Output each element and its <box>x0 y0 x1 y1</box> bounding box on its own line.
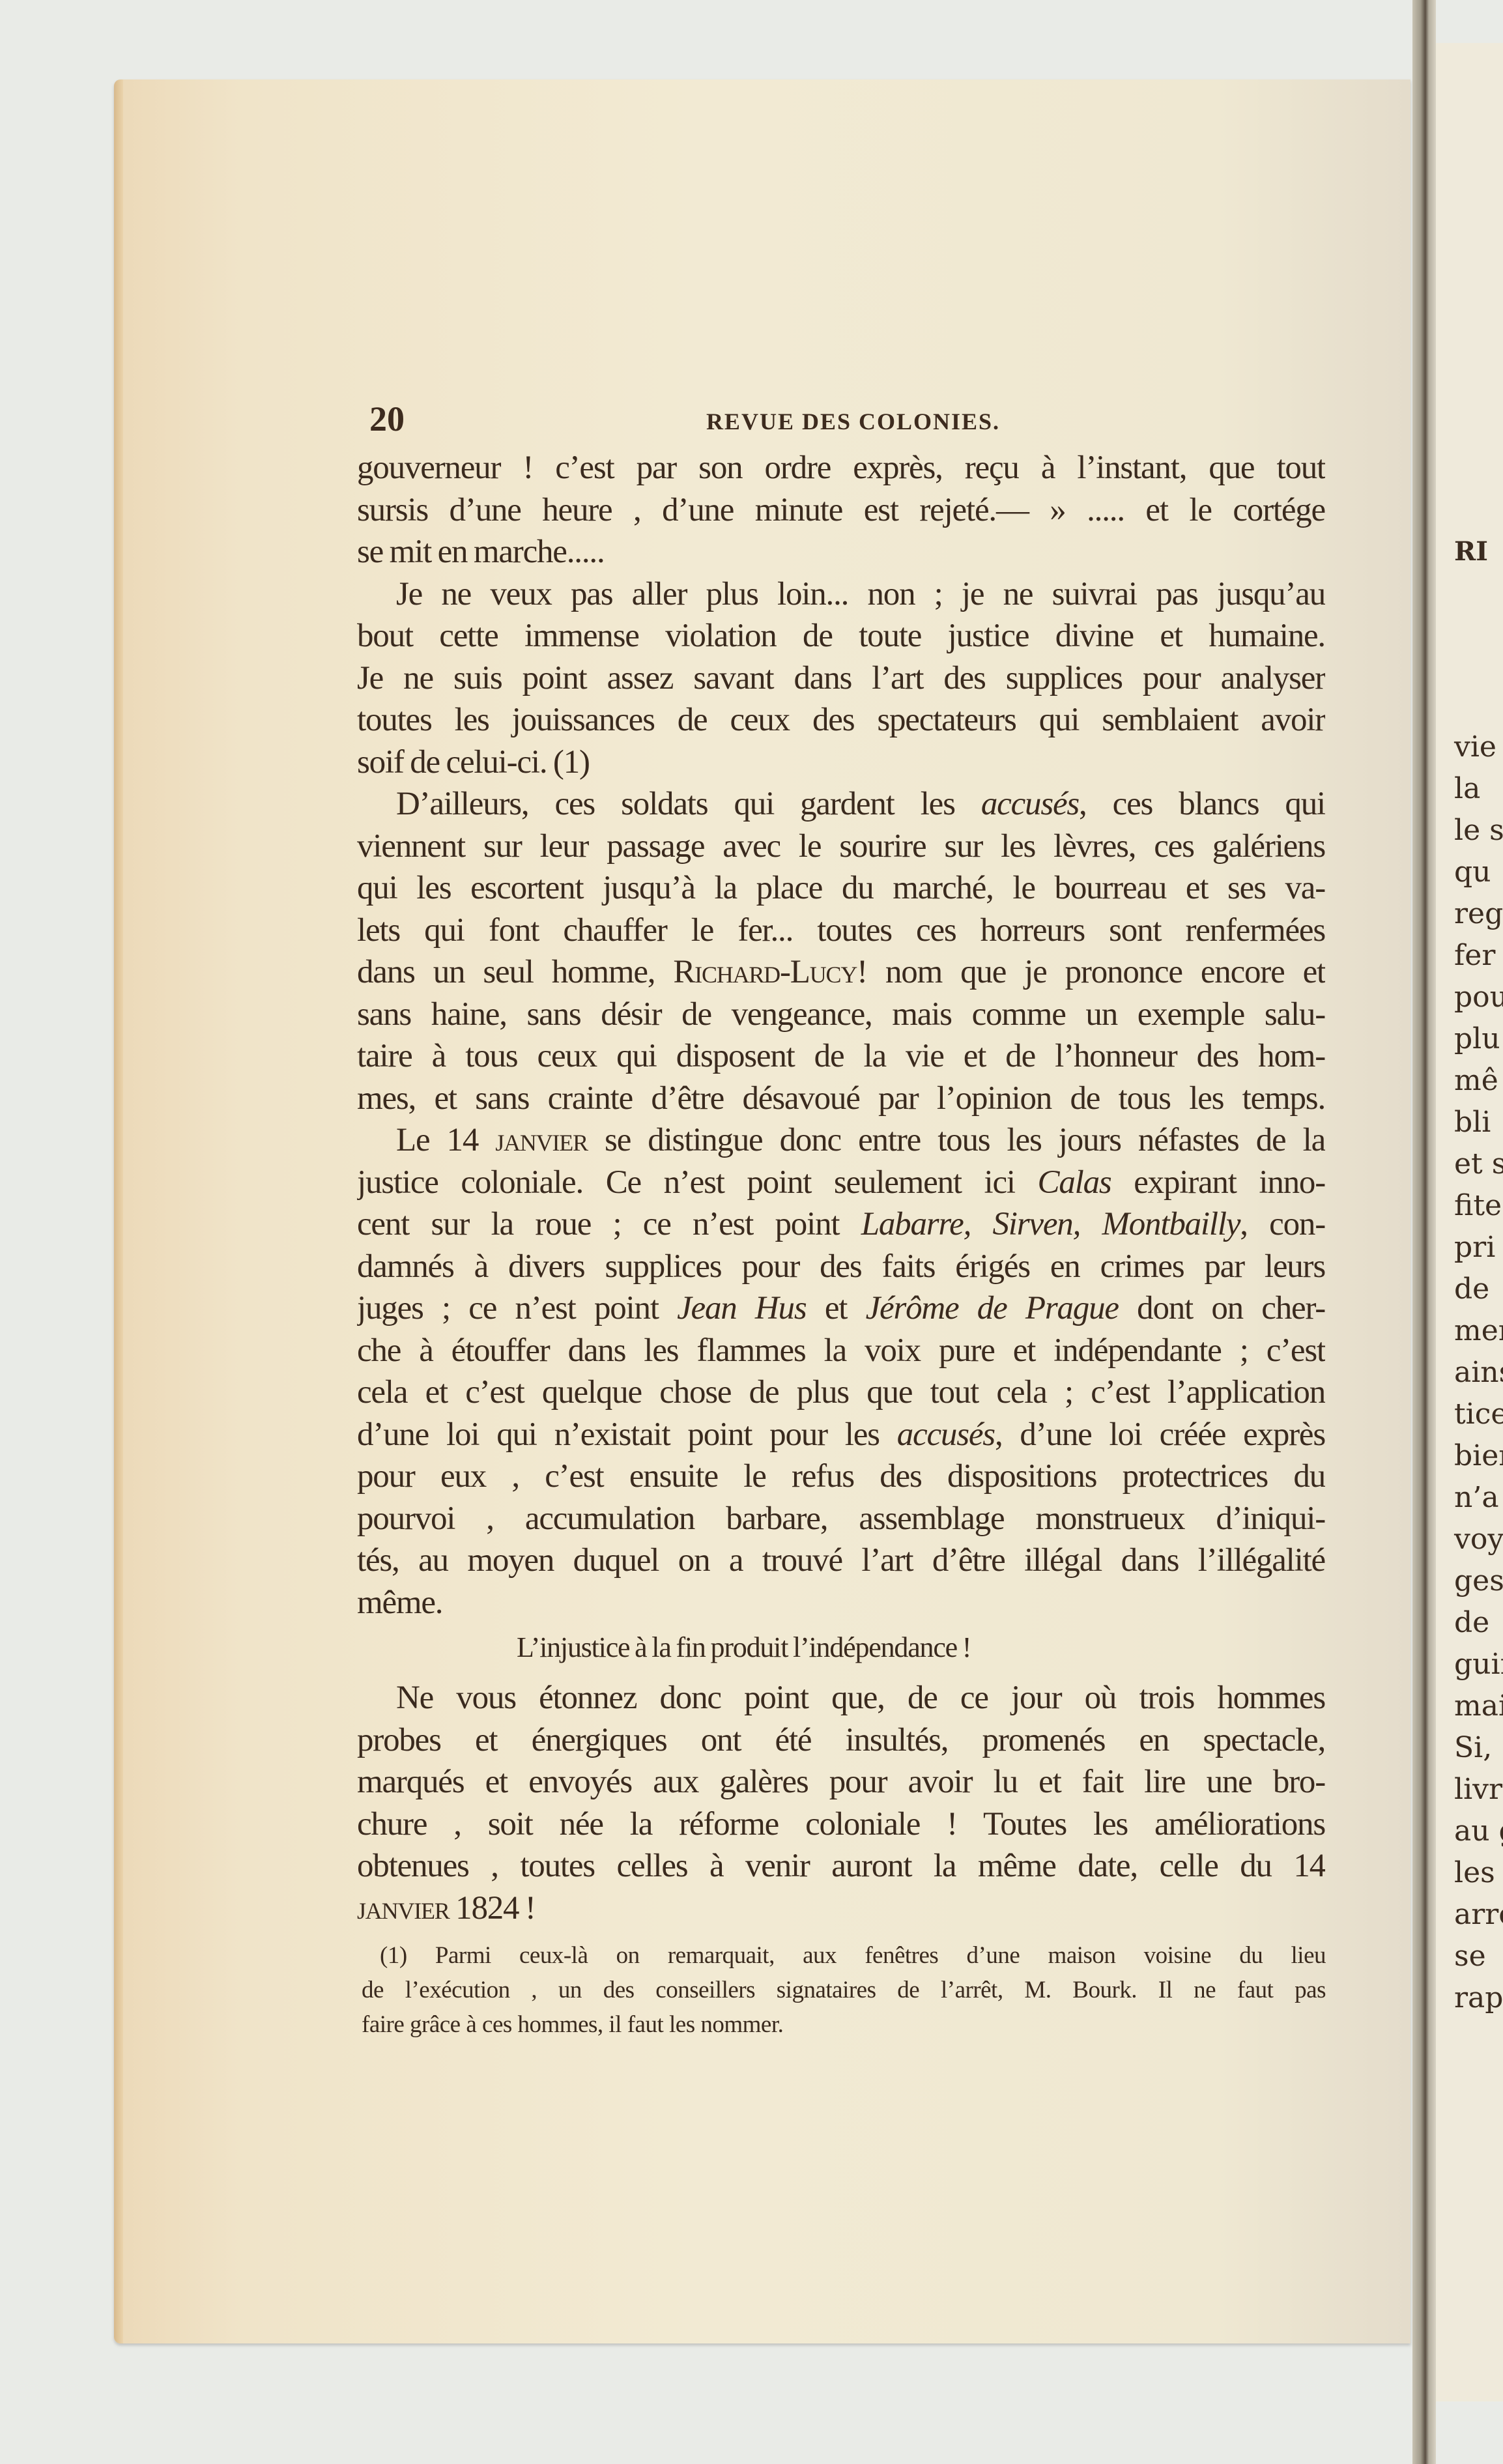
epigraph: L’injustice à la fin produit l’indépenda… <box>357 1624 1325 1672</box>
footnote-line: de l’exécution , un des conseillers sign… <box>362 1973 1326 2007</box>
right-page-line-fragment: fer <box>1454 935 1503 977</box>
page-header: 20 REVUE DES COLONIES. <box>369 399 1337 438</box>
text-line: obtenues , toutes celles à venir auront … <box>357 1845 1325 1887</box>
text-line: Je ne suis point assez savant dans l’art… <box>357 657 1325 700</box>
text-line: sans haine, sans désir de vengeance, mai… <box>357 994 1325 1036</box>
text-line: qui les escortent jusqu’à la place du ma… <box>357 867 1325 910</box>
text-line: bout cette immense violation de toute ju… <box>357 615 1325 657</box>
right-page-line-fragment: et s <box>1454 1143 1503 1185</box>
right-page-line-fragment: ges <box>1454 1560 1503 1602</box>
right-page-line-fragment: guin <box>1454 1644 1503 1685</box>
text-line: gouverneur ! c’est par son ordre exprès,… <box>357 447 1325 489</box>
footnote: (1) Parmi ceux-là on remarquait, aux fen… <box>362 1938 1326 2042</box>
right-page-line-fragment: pou <box>1454 977 1503 1018</box>
text-line: taire à tous ceux qui disposent de la vi… <box>357 1035 1325 1078</box>
right-page-line-fragment: la <box>1454 768 1503 810</box>
text-line: pour eux , c’est ensuite le refus des di… <box>357 1455 1325 1498</box>
right-page-line-fragment: fite <box>1454 1185 1503 1227</box>
right-page-line-fragment: bli <box>1454 1102 1503 1143</box>
text-line: damnés à divers supplices pour des faits… <box>357 1246 1325 1288</box>
text-line: probes et énergiques ont été insultés, p… <box>357 1719 1325 1762</box>
text-line: lets qui font chauffer le fer... toutes … <box>357 910 1325 952</box>
text-line: tés, au moyen duquel on a trouvé l’art d… <box>357 1540 1325 1582</box>
right-page-line-fragment: pri <box>1454 1227 1503 1268</box>
text-line: toutes les jouissances de ceux des spect… <box>357 699 1325 741</box>
right-page-line-fragment: rapp <box>1454 1977 1503 2019</box>
right-page-line-fragment: vie <box>1454 726 1503 768</box>
footnote-line: (1) Parmi ceux-là on remarquait, aux fen… <box>362 1938 1326 1973</box>
text-line: soif de celui-ci. (1) <box>357 741 1325 784</box>
right-page-line-fragment: plu <box>1454 1018 1503 1060</box>
text-line: pourvoi , accumulation barbare, assembla… <box>357 1498 1325 1540</box>
book-gutter <box>1412 0 1436 2464</box>
paragraph-start: Je ne veux pas aller plus loin... non ; … <box>357 573 1325 616</box>
main-text: gouverneur ! c’est par son ordre exprès,… <box>357 447 1325 1929</box>
right-page-line-fragment: tice <box>1454 1394 1503 1435</box>
text-line: dans un seul homme, Richard-Lucy! nom qu… <box>357 951 1325 994</box>
paragraph-start: Le 14 janvier se distingue donc entre to… <box>357 1119 1325 1162</box>
right-page-line-fragment: voy <box>1454 1519 1503 1560</box>
right-page-header-fragment: RI <box>1454 531 1503 573</box>
text-line: mes, et sans crainte d’être désavoué par… <box>357 1078 1325 1120</box>
right-page-line-fragment: les <box>1454 1852 1503 1894</box>
paragraph-start: Ne vous étonnez donc point que, de ce jo… <box>357 1677 1325 1719</box>
right-page-line-fragment: mer <box>1454 1310 1503 1352</box>
text-line: che à étouffer dans les flammes la voix … <box>357 1330 1325 1372</box>
text-line: juges ; ce n’est point Jean Hus et Jérôm… <box>357 1287 1325 1330</box>
right-page-line-starts: vielale squregferpouplumêbliet sfiteprid… <box>1454 726 1503 2019</box>
right-page-line-fragment: au g <box>1454 1811 1503 1852</box>
text-line: viennent sur leur passage avec le sourir… <box>357 825 1325 868</box>
right-page-line-fragment: Si, <box>1454 1727 1503 1769</box>
running-title: REVUE DES COLONIES. <box>369 408 1337 435</box>
right-page-line-fragment: mê <box>1454 1060 1503 1102</box>
right-page-line-fragment: se <box>1454 1936 1503 1977</box>
right-page-line-fragment: ains <box>1454 1352 1503 1394</box>
right-page-line-fragment: de <box>1454 1268 1503 1310</box>
right-page-line-fragment: qu <box>1454 852 1503 893</box>
text-line: sursis d’une heure , d’une minute est re… <box>357 489 1325 532</box>
right-page-line-fragment: reg <box>1454 893 1503 935</box>
right-page-text-fragments: RI vielale squregferpouplumêbliet sfitep… <box>1454 531 1503 2019</box>
text-line: chure , soit née la réforme coloniale ! … <box>357 1803 1325 1846</box>
text-line: marqués et envoyés aux galères pour avoi… <box>357 1761 1325 1803</box>
right-page-line-fragment: arré <box>1454 1894 1503 1936</box>
right-page-line-fragment: mai <box>1454 1685 1503 1727</box>
text-line: cela et c’est quelque chose de plus que … <box>357 1371 1325 1414</box>
text-line: cent sur la roue ; ce n’est point Labarr… <box>357 1203 1325 1246</box>
text-line: d’une loi qui n’existait point pour les … <box>357 1414 1325 1456</box>
right-page-line-fragment: livre <box>1454 1769 1503 1811</box>
right-page-line-fragment: bien <box>1454 1435 1503 1477</box>
right-page-line-fragment: n’a <box>1454 1477 1503 1519</box>
paragraph-start: D’ailleurs, ces soldats qui gardent les … <box>357 783 1325 825</box>
text-line: janvier 1824 ! <box>357 1887 1325 1930</box>
text-line: même. <box>357 1582 1325 1624</box>
text-line: justice coloniale. Ce n’est point seulem… <box>357 1162 1325 1204</box>
footnote-line: faire grâce à ces hommes, il faut les no… <box>362 2007 1326 2042</box>
right-page-line-fragment: de <box>1454 1602 1503 1644</box>
text-line: se mit en marche..... <box>357 531 1325 573</box>
right-page-line-fragment: le s <box>1454 810 1503 852</box>
